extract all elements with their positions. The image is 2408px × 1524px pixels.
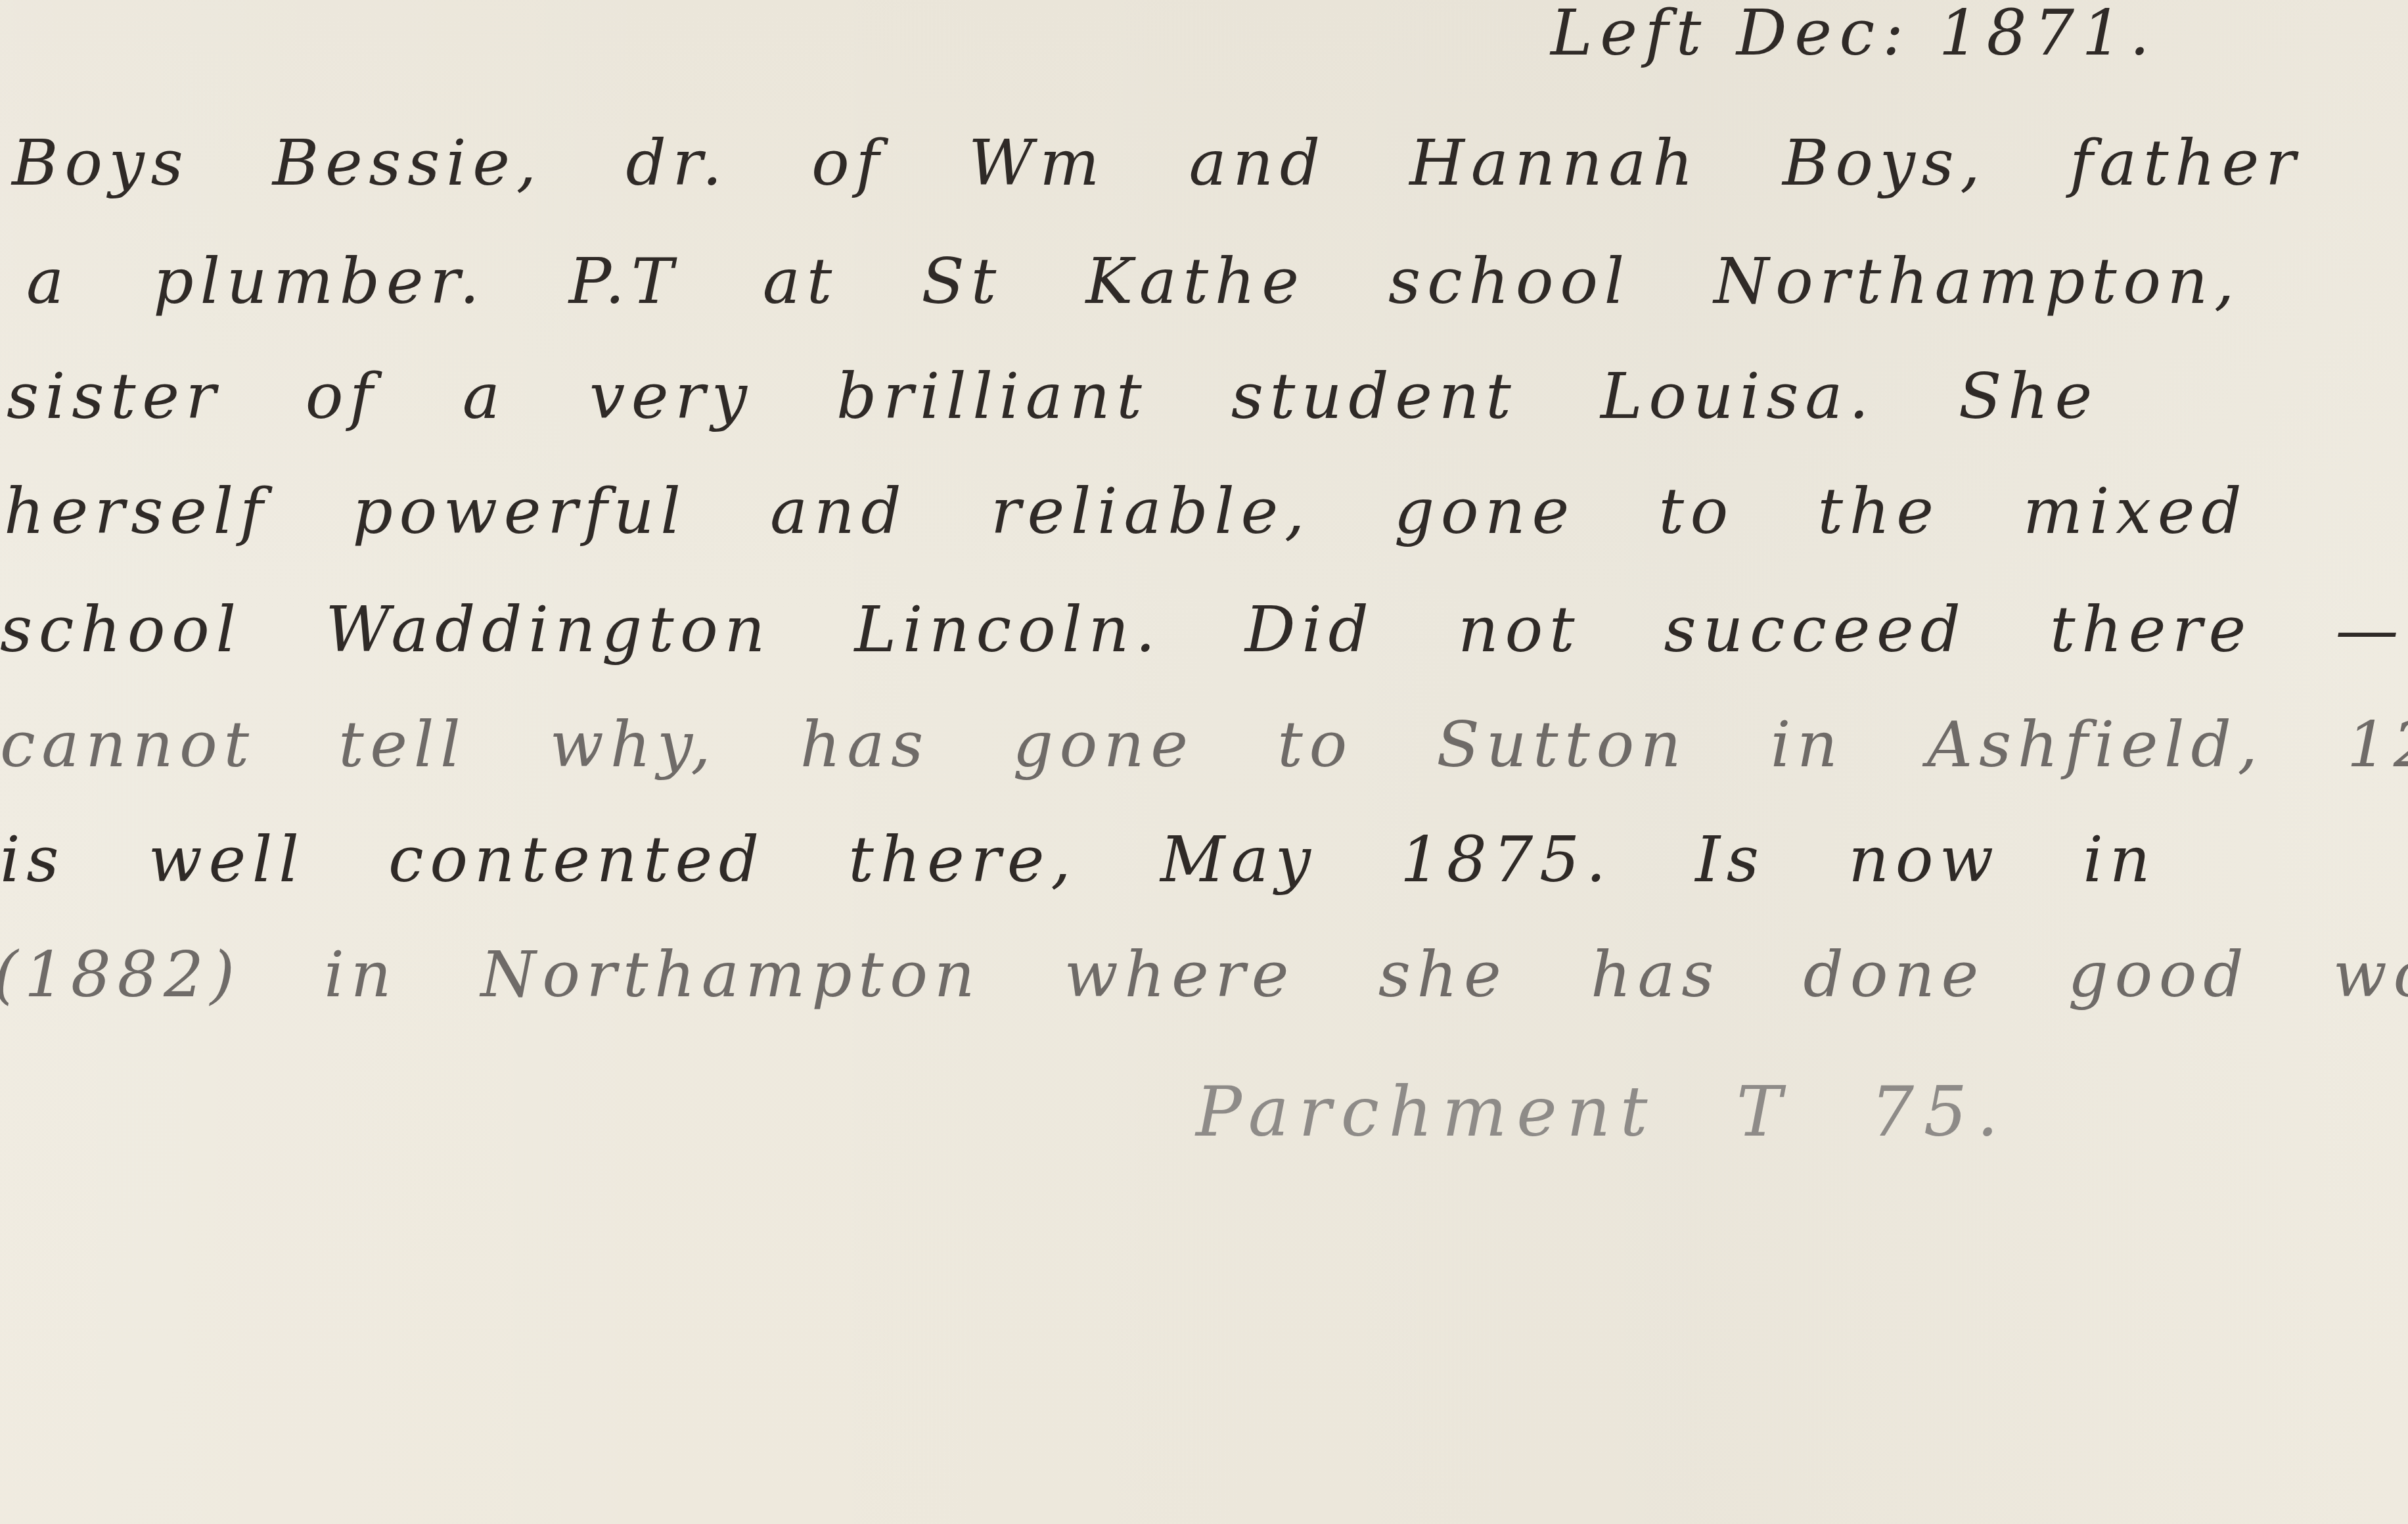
left-date-heading: Left Dec: 1871. [1551, 1, 2157, 64]
entry-line-6: cannot tell why, has gone to Sutton in A… [0, 713, 2408, 776]
document-page: Left Dec: 1871. Boys Bessie, dr. of Wm a… [0, 0, 2408, 1524]
entry-line-4: herself powerful and reliable, gone to t… [4, 480, 2248, 543]
entry-line-7: is well contented there, May 1875. Is no… [0, 828, 2156, 891]
entry-line-3: sister of a very brilliant student Louis… [7, 365, 2099, 428]
entry-line-2: a plumber. P.T at St Kathe school Northa… [26, 250, 2240, 313]
parchment-note: Parchment T 75. [1196, 1078, 2008, 1146]
entry-line-1: Boys Bessie, dr. of Wm and Hannah Boys, … [12, 131, 2302, 195]
entry-line-8: (1882) in Northampton where she has done… [0, 943, 2408, 1006]
entry-line-5: school Waddington Lincoln. Did not succe… [0, 598, 2405, 661]
